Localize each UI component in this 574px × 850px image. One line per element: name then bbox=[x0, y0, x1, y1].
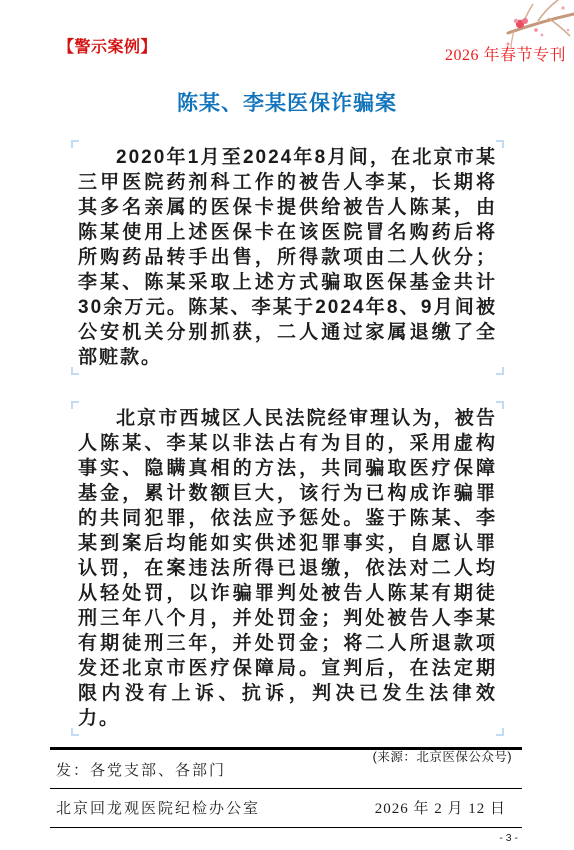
issuer-date-row: 北京回龙观医院纪检办公室 2026 年 2 月 12 日 bbox=[50, 789, 522, 827]
article-body: 2020年1月至2024年8月间，在北京市某三甲医院药剂科工作的被告人李某，长期… bbox=[78, 145, 497, 731]
paste-corner-mark bbox=[496, 367, 504, 375]
paste-corner-mark bbox=[496, 728, 504, 736]
distribution-line: 发：各党支部、各部门 bbox=[50, 750, 522, 788]
paste-corner-mark bbox=[71, 401, 79, 409]
issue-date: 2026 年 2 月 12 日 bbox=[375, 797, 506, 818]
issuing-office: 北京回龙观医院纪检办公室 bbox=[56, 797, 260, 818]
paste-corner-mark bbox=[71, 140, 79, 148]
footer-rule-thin-2 bbox=[50, 827, 522, 828]
paste-corner-mark bbox=[496, 401, 504, 409]
paste-corner-mark bbox=[496, 140, 504, 148]
paste-corner-mark bbox=[71, 728, 79, 736]
case-paragraph-facts: 2020年1月至2024年8月间，在北京市某三甲医院药剂科工作的被告人李某，长期… bbox=[78, 145, 497, 370]
case-title: 陈某、李某医保诈骗案 bbox=[0, 87, 574, 117]
case-paragraph-verdict: 北京市西城区人民法院经审理认为，被告人陈某、李某以非法占有为目的，采用虚构事实、… bbox=[78, 406, 497, 731]
issue-label: 2026 年春节专刊 bbox=[445, 42, 566, 65]
paragraph-block-2: 北京市西城区人民法院经审理认为，被告人陈某、李某以非法占有为目的，采用虚构事实、… bbox=[78, 406, 497, 731]
page-number: - 3 - bbox=[0, 832, 518, 850]
document-page: 【警示案例】 2026 年春节专刊 陈某、李某医保诈骗案 2020年1月至202… bbox=[0, 0, 574, 850]
paragraph-block-1: 2020年1月至2024年8月间，在北京市某三甲医院药剂科工作的被告人李某，长期… bbox=[78, 145, 497, 370]
warning-case-label: 【警示案例】 bbox=[58, 34, 157, 57]
paste-corner-mark bbox=[71, 367, 79, 375]
page-footer: 发：各党支部、各部门 北京回龙观医院纪检办公室 2026 年 2 月 12 日 … bbox=[0, 747, 574, 850]
